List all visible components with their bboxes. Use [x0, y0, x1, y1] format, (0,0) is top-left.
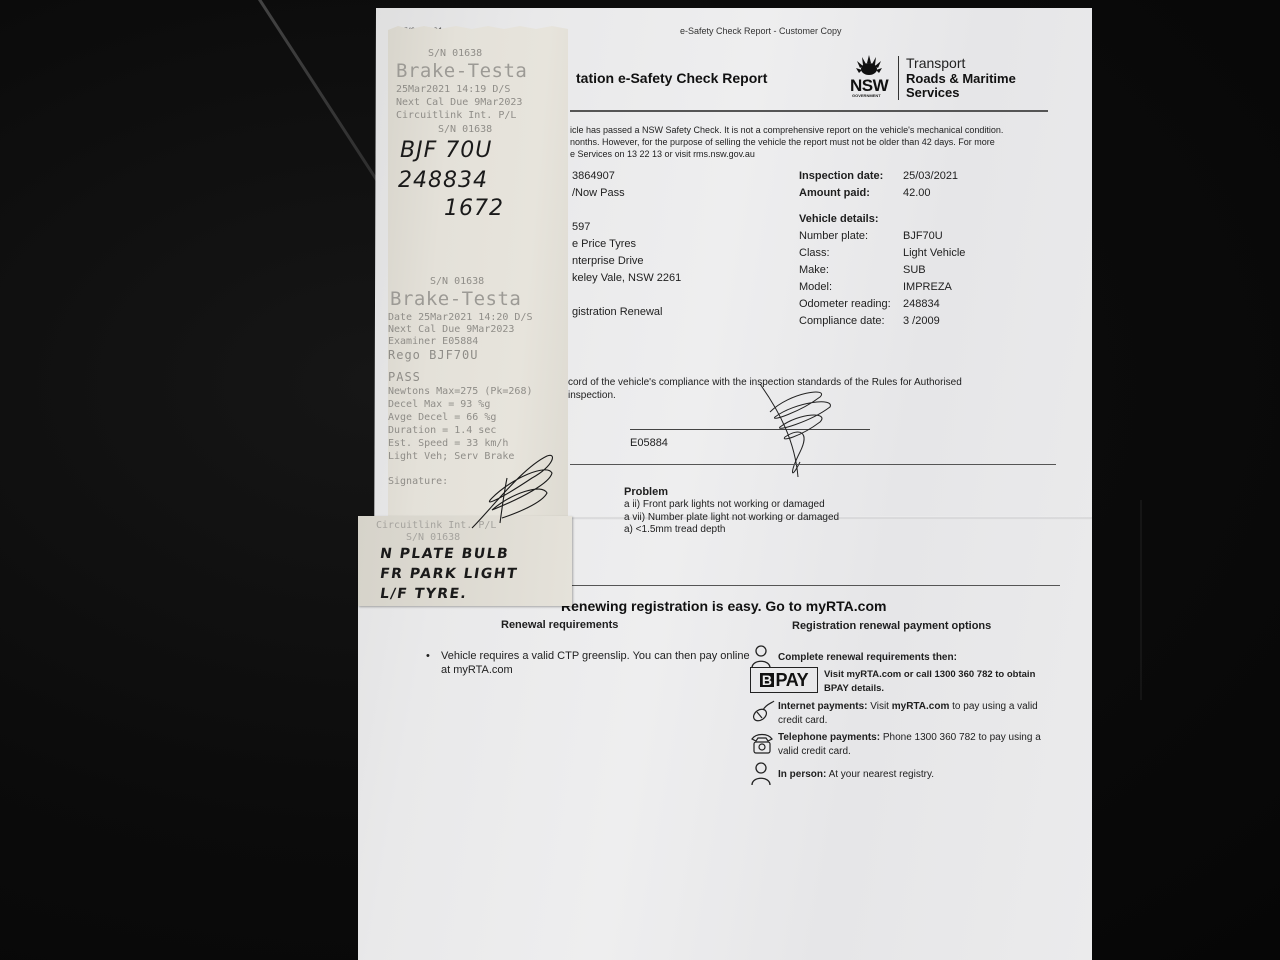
receipt-signature	[462, 448, 562, 538]
station-street: nterprise Drive	[572, 253, 681, 270]
receipt-serial: S/N 01638	[428, 48, 482, 59]
background-scratch	[258, 0, 380, 185]
handwritten-note: N PLATE BULB	[379, 546, 510, 562]
station-suburb: keley Vale, NSW 2261	[572, 270, 681, 287]
handwritten-note: FR PARK LIGHT	[379, 566, 519, 582]
bpay-logo: BPAY	[750, 667, 818, 693]
logo-government: GOVERNMENT	[852, 93, 881, 98]
problem-list: a ii) Front park lights not working or d…	[624, 499, 839, 537]
renewal-title: Renewing registration is easy. Go to myR…	[561, 598, 886, 614]
amount-paid-value: 42.00	[903, 185, 931, 202]
problem-item: a ii) Front park lights not working or d…	[624, 499, 839, 512]
vehicle-field-row: Model: IMPREZA	[799, 279, 965, 296]
station-name: e Price Tyres	[572, 236, 681, 253]
receipt-brand: Brake-Testa	[396, 60, 527, 82]
problem-heading: Problem	[624, 486, 668, 498]
receipt-brand: Brake-Testa	[390, 288, 521, 310]
intro-line: icle has passed a NSW Safety Check. It i…	[570, 124, 1003, 136]
vehicle-field-row: Make: SUB	[799, 262, 965, 279]
number-plate-value: BJF70U	[903, 228, 943, 245]
class-value: Light Vehicle	[903, 245, 965, 262]
intro-line: nonths. However, for the purpose of sell…	[570, 136, 1003, 148]
section-rule	[570, 585, 1060, 586]
intro-line: e Services on 13 22 13 or visit rms.nsw.…	[570, 148, 1003, 160]
receipt-result: PASS	[388, 370, 421, 384]
logo-services: Services	[906, 85, 960, 100]
person-icon	[750, 762, 776, 786]
station-number: 597	[572, 219, 681, 236]
problem-item: a) <1.5mm tread depth	[624, 524, 839, 537]
vehicle-details-heading: Vehicle details:	[799, 211, 965, 228]
section-rule	[570, 464, 1056, 465]
report-title: tation e-Safety Check Report	[576, 70, 767, 86]
nsw-transport-logo: NSW GOVERNMENT Transport Roads & Maritim…	[850, 52, 1050, 104]
payment-option-bpay: BPAY Visit myRTA.com or call 1300 360 78…	[750, 667, 1070, 697]
inspection-result: /Now Pass	[572, 185, 681, 202]
bullet-icon: •	[426, 649, 430, 663]
vehicle-field-row: Class: Light Vehicle	[799, 245, 965, 262]
header-title: e-Safety Check Report - Customer Copy	[680, 26, 842, 36]
station-details: 3864907 /Now Pass 597 e Price Tyres nter…	[572, 168, 681, 321]
logo-transport: Transport	[906, 55, 965, 71]
intro-text: icle has passed a NSW Safety Check. It i…	[570, 124, 1003, 160]
waratah-flower-icon	[854, 53, 884, 77]
inspection-date-row: Inspection date: 25/03/2021	[799, 168, 965, 185]
header-rule	[570, 110, 1048, 112]
inspection-details: Inspection date: 25/03/2021 Amount paid:…	[799, 168, 965, 330]
myrta-link[interactable]: myRTA.com	[892, 701, 950, 712]
telephone-icon	[750, 731, 776, 755]
signature-label: Signature:	[388, 476, 448, 489]
logo-roads-maritime: Roads & Maritime	[906, 71, 1016, 86]
examiner-id: E05884	[630, 437, 668, 449]
handwritten-plate: BJF 70U	[400, 138, 492, 163]
vehicle-field-row: Compliance date: 3 /2009	[799, 313, 965, 330]
payment-options-heading: Registration renewal payment options	[792, 620, 991, 632]
certificate-number: 3864907	[572, 168, 681, 185]
handwritten-number: 1672	[444, 196, 504, 221]
payment-option: Internet payments: Visit myRTA.com to pa…	[750, 700, 1070, 730]
model-value: IMPREZA	[903, 279, 952, 296]
make-value: SUB	[903, 262, 926, 279]
requirement-item: • Vehicle requires a valid CTP greenslip…	[426, 649, 756, 677]
amount-paid-row: Amount paid: 42.00	[799, 185, 965, 202]
receipt-serial: S/N 01638	[430, 276, 484, 287]
vehicle-field-row: Odometer reading: 248834	[799, 296, 965, 313]
problem-item: a vii) Number plate light not working or…	[624, 512, 839, 525]
receipt-serial: S/N 01638	[438, 124, 492, 135]
payment-option: Telephone payments: Phone 1300 360 782 t…	[750, 731, 1070, 761]
compliance-date-value: 3 /2009	[903, 313, 940, 330]
logo-divider	[898, 56, 899, 100]
payment-option: In person: At your nearest registry.	[750, 762, 1070, 788]
vehicle-field-row: Number plate: BJF70U	[799, 228, 965, 245]
handwritten-note: L/F TYRE.	[379, 586, 469, 602]
inspection-purpose: gistration Renewal	[572, 304, 681, 321]
background-scratch	[1140, 500, 1142, 700]
handwritten-odometer: 248834	[398, 168, 488, 193]
receipt-rego: Rego BJF70U	[388, 348, 478, 362]
person-icon	[750, 645, 776, 669]
odometer-value: 248834	[903, 296, 940, 313]
examiner-signature	[740, 382, 852, 482]
inspection-date-value: 25/03/2021	[903, 168, 958, 185]
renewal-requirements-heading: Renewal requirements	[501, 619, 618, 631]
mouse-icon	[750, 700, 776, 724]
